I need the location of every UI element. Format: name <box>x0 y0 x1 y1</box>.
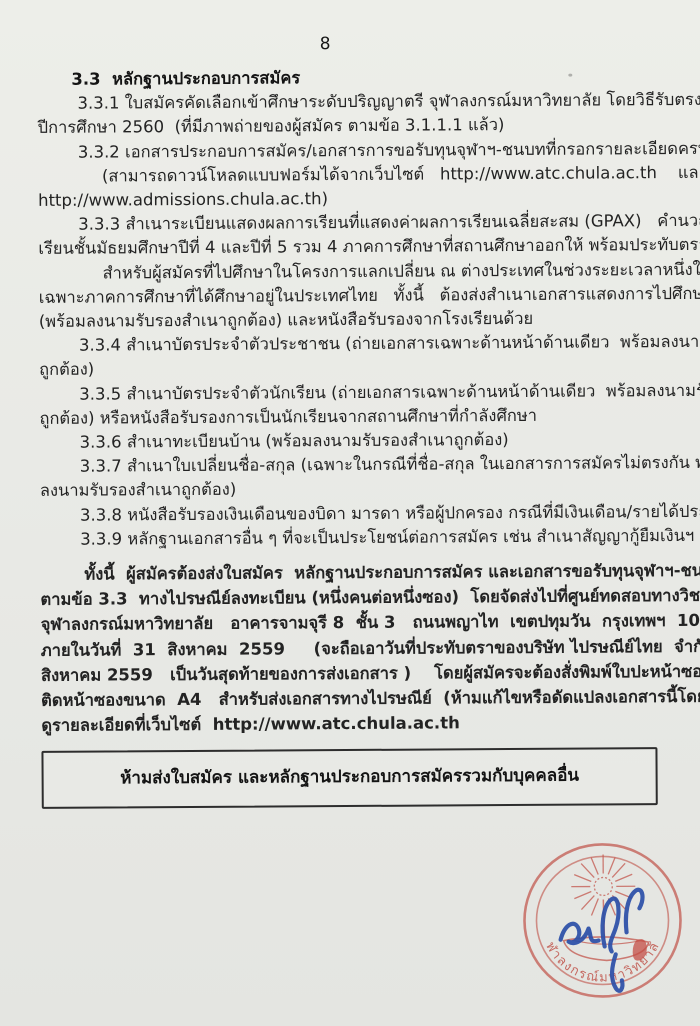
text-line: 3.3.4 สำเนาบัตรประจำตัวประชาชน (ถ่ายเอกส… <box>39 330 669 358</box>
text-line: 3.3.1 ใบสมัครคัดเลือกเข้าศึกษาระดับปริญญ… <box>37 88 667 116</box>
document-body: 3.3 หลักฐานประกอบการสมัคร 3.3.1 ใบสมัครค… <box>37 64 672 809</box>
text-line: ภายในวันที่ 31 สิงหาคม 2559 (จะถือเอาวัน… <box>41 634 671 663</box>
text-line: จุฬาลงกรณ์มหาวิทยาลัย อาคารจามจุรี 8 ชั้… <box>41 609 671 638</box>
text-line: 3.3.2 เอกสารประกอบการสมัคร/เอกสารการขอรั… <box>38 137 668 165</box>
university-seal-stamp: จุฬาลงกรณ์มหาวิทยาลัย <box>514 836 691 1013</box>
scanned-document-page: 8 3.3 หลักฐานประกอบการสมัคร 3.3.1 ใบสมัค… <box>0 0 700 1026</box>
notice-box: ห้ามส่งใบสมัคร และหลักฐานประกอบการสมัครร… <box>41 748 657 809</box>
text-line: ตามข้อ 3.3 ทางไปรษณีย์ลงทะเบียน (หนึ่งคน… <box>40 583 670 612</box>
mailing-instructions-paragraph: ทั้งนี้ ผู้สมัครต้องส่งใบสมัคร หลักฐานปร… <box>40 558 671 738</box>
text-line: เรียนชั้นมัธยมศึกษาปีที่ 4 และปีที่ 5 รว… <box>38 233 668 261</box>
text-line: ทั้งนี้ ผู้สมัครต้องส่งใบสมัคร หลักฐานปร… <box>40 558 670 587</box>
text-line: 3.3.9 หลักฐานเอกสารอื่น ๆ ที่จะเป็นประโย… <box>40 524 670 552</box>
text-line: ดูรายละเอียดที่เว็บไซต์ http://www.atc.c… <box>41 709 671 738</box>
text-line: 3.3.5 สำเนาบัตรประจำตัวนักเรียน (ถ่ายเอก… <box>39 379 669 407</box>
page-number: 8 <box>0 32 675 56</box>
text-line: 3.3.7 สำเนาใบเปลี่ยนชื่อ-สกุล (เฉพาะในกร… <box>40 451 670 479</box>
text-line: สำหรับผู้สมัครที่ไปศึกษาในโครงการแลกเปลี… <box>38 258 668 286</box>
text-line: ติดหน้าซองขนาด A4 สำหรับส่งเอกสารทางไปรษ… <box>41 684 671 713</box>
text-line: สิงหาคม 2559 เป็นวันสุดท้ายของการส่งเอกส… <box>41 659 671 688</box>
text-line: (สามารถดาวน์โหลดแบบฟอร์มได้จากเว็บไซต์ h… <box>38 161 668 189</box>
notice-text: ห้ามส่งใบสมัคร และหลักฐานประกอบการสมัครร… <box>120 766 579 789</box>
text-line: เฉพาะภาคการศึกษาที่ได้ศึกษาอยู่ในประเทศไ… <box>39 282 669 310</box>
text-line: 3.3.8 หนังสือรับรองเงินเดือนของบิดา มารด… <box>40 500 670 528</box>
